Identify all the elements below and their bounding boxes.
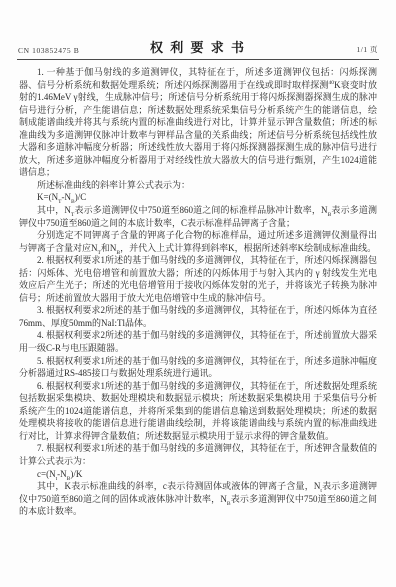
claim-2-text: 2. 根据权利要求1所述的基于伽马射线的多道测钾仪，其特征在于，所述闪烁探测器包… bbox=[19, 254, 377, 304]
content-formula-terms: 其中，K表示标准曲线的斜率，c表示待测固体或液体的钾离子含量，Nt表示多道测钾仪… bbox=[19, 480, 377, 518]
claim-1-text: 1. 一种基于伽马射线的多道测钾仪，其特征在于，所述多道测钾仪包括：闪烁探测器、… bbox=[19, 66, 377, 179]
page-indicator: 1/1 页 bbox=[357, 44, 378, 55]
claim-6-text: 6. 根据权利要求1所述的基于伽马射线的多道测钾仪，其特征在于，所述数据处理系统… bbox=[19, 380, 377, 443]
slope-formula-intro: 所述标准曲线的斜率计算公式表示为： bbox=[19, 179, 377, 192]
calibration-text: 分别选定不同钾离子含量的钾离子化合物的标准样品，通过所述多道测钾仪测量得出与钾离… bbox=[19, 229, 377, 254]
patent-claims-page: CN 103852475 B 权 利 要 求 书 1/1 页 1. 一种基于伽马… bbox=[0, 0, 396, 587]
claim-7-text: 7. 根据权利要求1所述的基于伽马射线的多道测钾仪，其特征在于，所述钾含量数值的… bbox=[19, 442, 377, 467]
claim-3-text: 3. 根据权利要求2所述的基于伽马射线的多道测钾仪，其特征在于，所述闪烁体为直径… bbox=[19, 304, 377, 329]
page-header: CN 103852475 B 权 利 要 求 书 1/1 页 bbox=[18, 41, 378, 56]
claims-body: 1. 一种基于伽马射线的多道测钾仪，其特征在于，所述多道测钾仪包括：闪烁探测器、… bbox=[0, 60, 396, 518]
slope-formula: K=(NT-NB)/C bbox=[19, 191, 377, 204]
slope-formula-terms: 其中，NT表示多道测钾仪中750道至860道之间的标准样品脉冲计数率，NB表示多… bbox=[19, 204, 377, 229]
claim-4-text: 4. 根据权利要求2所述的基于伽马射线的多道测钾仪，其特征在于，所述前置放大器采… bbox=[19, 329, 377, 354]
document-title: 权 利 要 求 书 bbox=[18, 37, 378, 56]
content-formula: c=(Nt-NB)/K bbox=[19, 468, 377, 481]
claim-5-text: 5. 根据权利要求1所述的基于伽马射线的多道测钾仪，其特征在于，所述多道脉冲幅度… bbox=[19, 355, 377, 380]
